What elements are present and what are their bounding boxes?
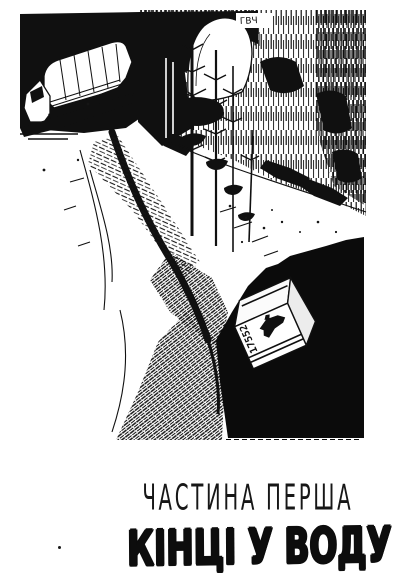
book-page: 17552 ГВЧ ЧАСТИНА ПЕРША КІНЦІ У ВОДУ bbox=[0, 0, 400, 582]
truck-cliff-illustration: 17552 ГВЧ bbox=[20, 10, 372, 440]
print-speck bbox=[58, 546, 61, 549]
svg-text:ГВЧ: ГВЧ bbox=[240, 16, 258, 27]
part-heading: ЧАСТИНА ПЕРША bbox=[142, 481, 353, 516]
chapter-title: КІНЦІ У ВОДУ bbox=[127, 521, 392, 574]
caption-part-row: ЧАСТИНА ПЕРША bbox=[0, 481, 400, 511]
artist-signature: ГВЧ bbox=[236, 13, 272, 28]
caption-title-row: КІНЦІ У ВОДУ bbox=[0, 523, 400, 563]
